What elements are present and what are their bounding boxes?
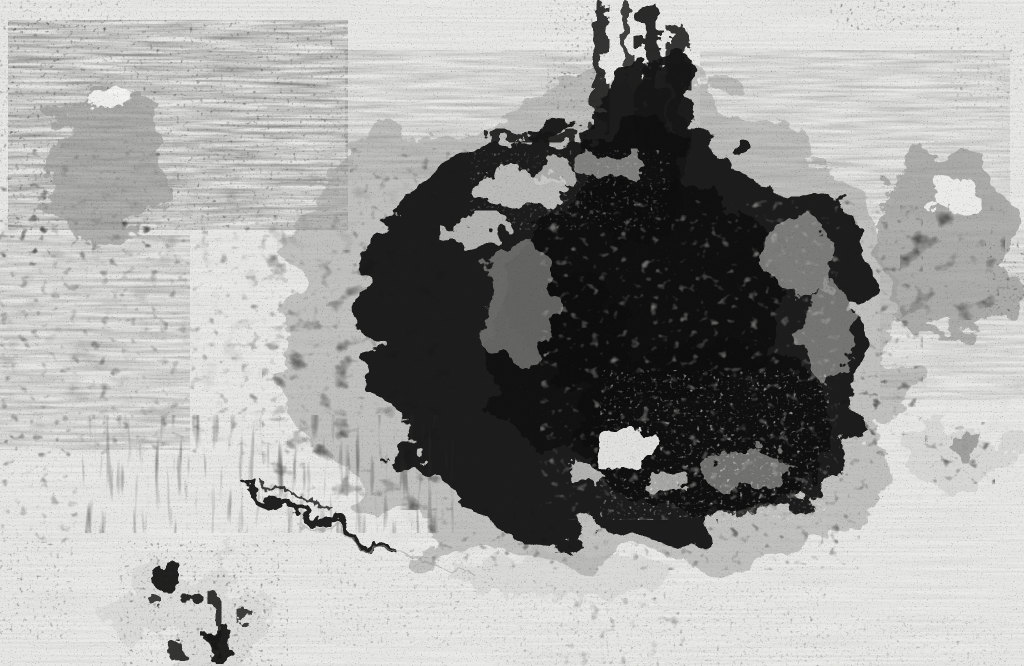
abstract-painting-photo: Close-up of an abstract black-and-white … bbox=[0, 0, 1024, 666]
screenshot-stage: Close-up of an abstract black-and-white … bbox=[0, 0, 1024, 666]
painting-canvas bbox=[0, 0, 1024, 666]
grain-texture bbox=[0, 0, 1024, 666]
